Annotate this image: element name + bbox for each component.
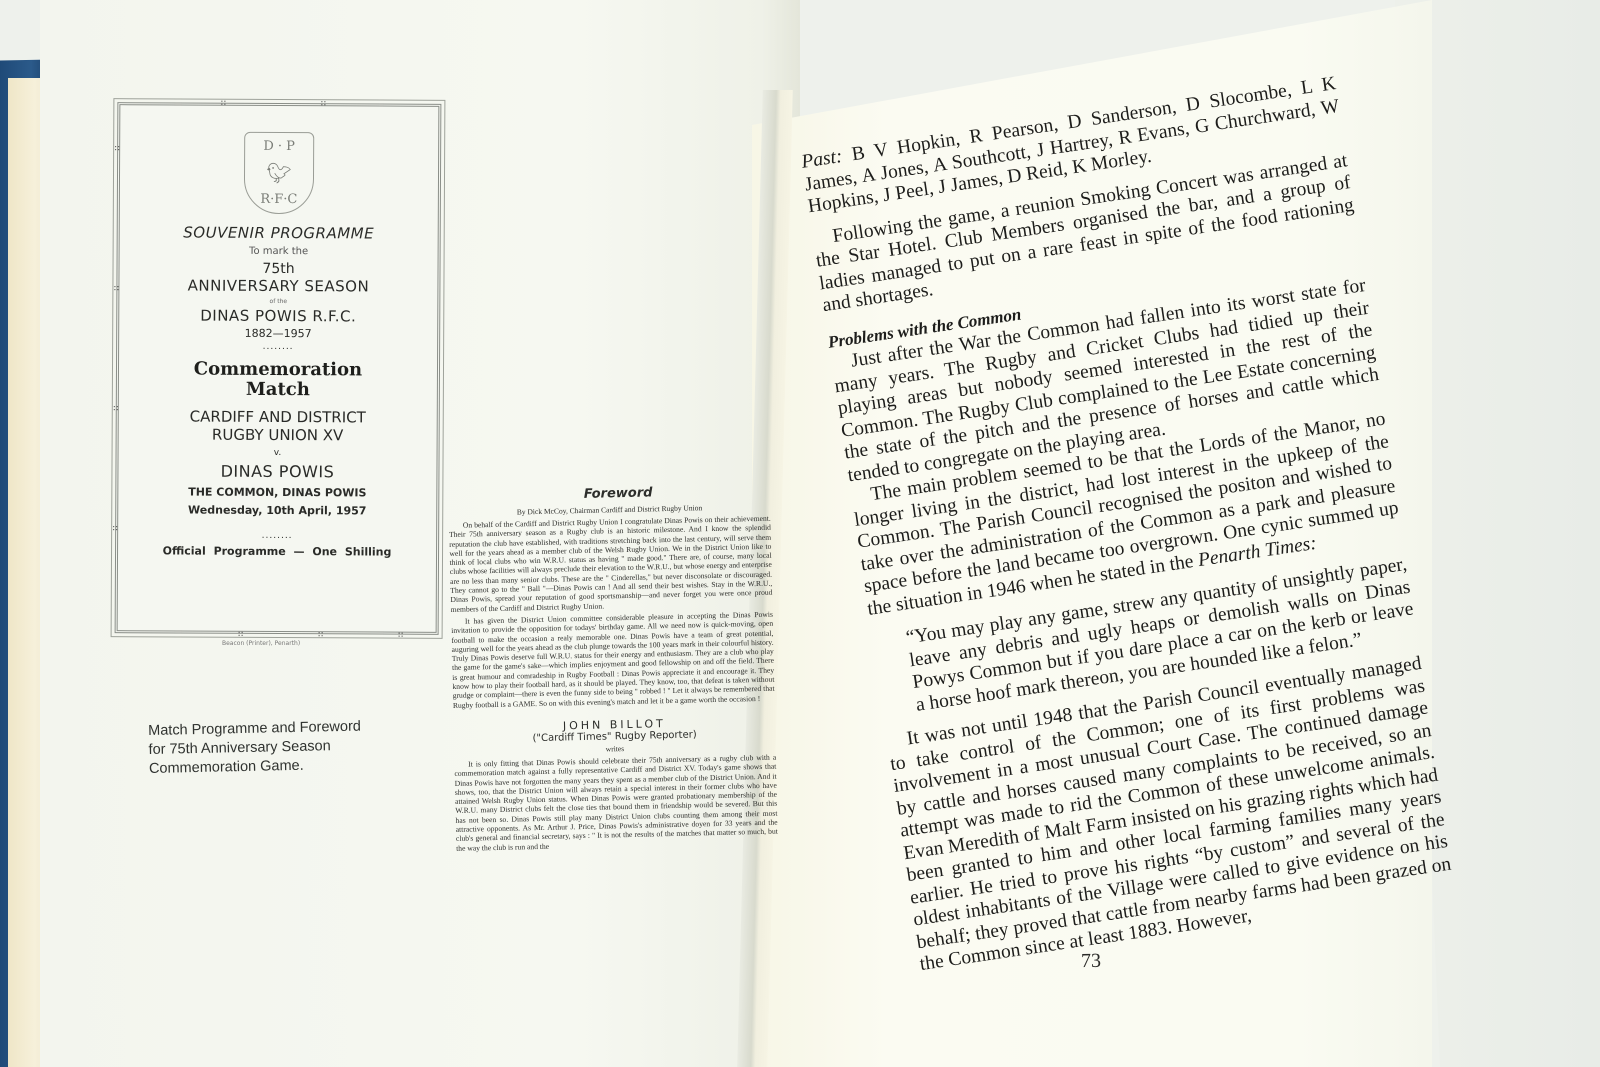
frame-ornament-icon	[112, 525, 118, 531]
frame-ornament-icon	[113, 285, 119, 291]
frame-ornament-icon	[113, 405, 119, 411]
foreword-paragraph: It has given the District Union committe…	[451, 610, 775, 710]
commemoration-heading: Commemoration Match	[119, 359, 437, 401]
club-name: DINAS POWIS R.F.C.	[119, 306, 437, 326]
photo-caption: Match Programme and Foreword for 75th An…	[148, 716, 419, 779]
bird-crest-icon: 🐦︎	[245, 163, 313, 183]
home-team: CARDIFF AND DISTRICT RUGBY UNION XV	[119, 407, 437, 445]
printer-credit: Beacon (Printer), Penarth)	[222, 640, 300, 647]
frame-ornament-icon	[114, 145, 120, 151]
anniversary-season: ANNIVERSARY SEASON	[119, 276, 437, 296]
away-team: DINAS POWIS	[118, 461, 436, 482]
page-number: 73	[1081, 950, 1101, 973]
team1-line-1: CARDIFF AND DISTRICT	[119, 407, 437, 427]
versus-text: v.	[119, 447, 437, 459]
foreword-paragraph: On behalf of the Cardiff and District Ru…	[449, 514, 773, 614]
frame-ornament-icon	[398, 632, 404, 638]
dot-divider: ........	[119, 341, 437, 353]
crest-top-letters: D · P	[245, 139, 313, 154]
frame-ornament-icon	[220, 100, 226, 106]
to-mark-text: To mark the	[120, 245, 438, 258]
frame-ornament-icon	[238, 631, 244, 637]
match-programme: D · P 🐦︎ R·F·C SOUVENIR PROGRAMME To mar…	[115, 102, 442, 635]
commemoration-line-1: Commemoration	[119, 359, 437, 381]
frame-ornament-icon	[320, 100, 326, 106]
official-price: Official Programme — One Shilling	[118, 544, 436, 559]
dot-divider-2: ........	[118, 530, 436, 542]
frame-ornament-icon	[318, 631, 324, 637]
club-years: 1882—1957	[119, 326, 437, 341]
foreword-column: Foreword By Dick McCoy, Chairman Cardiff…	[448, 483, 778, 853]
of-the-text: of the	[119, 297, 437, 306]
anniversary-number: 75th	[119, 260, 437, 278]
author-paragraph: It is only fitting that Dinas Powis shou…	[454, 753, 778, 853]
crest-bottom-letters: R·F·C	[245, 192, 313, 207]
open-book-photo: D · P 🐦︎ R·F·C SOUVENIR PROGRAMME To mar…	[0, 0, 1600, 1067]
commemoration-line-2: Match	[119, 379, 437, 401]
club-crest: D · P 🐦︎ R·F·C	[244, 132, 314, 214]
match-venue: THE COMMON, DINAS POWIS	[118, 485, 436, 500]
match-date: Wednesday, 10th April, 1957	[118, 503, 436, 518]
souvenir-title: SOUVENIR PROGRAMME	[120, 223, 438, 243]
team1-line-2: RUGBY UNION XV	[119, 425, 437, 445]
